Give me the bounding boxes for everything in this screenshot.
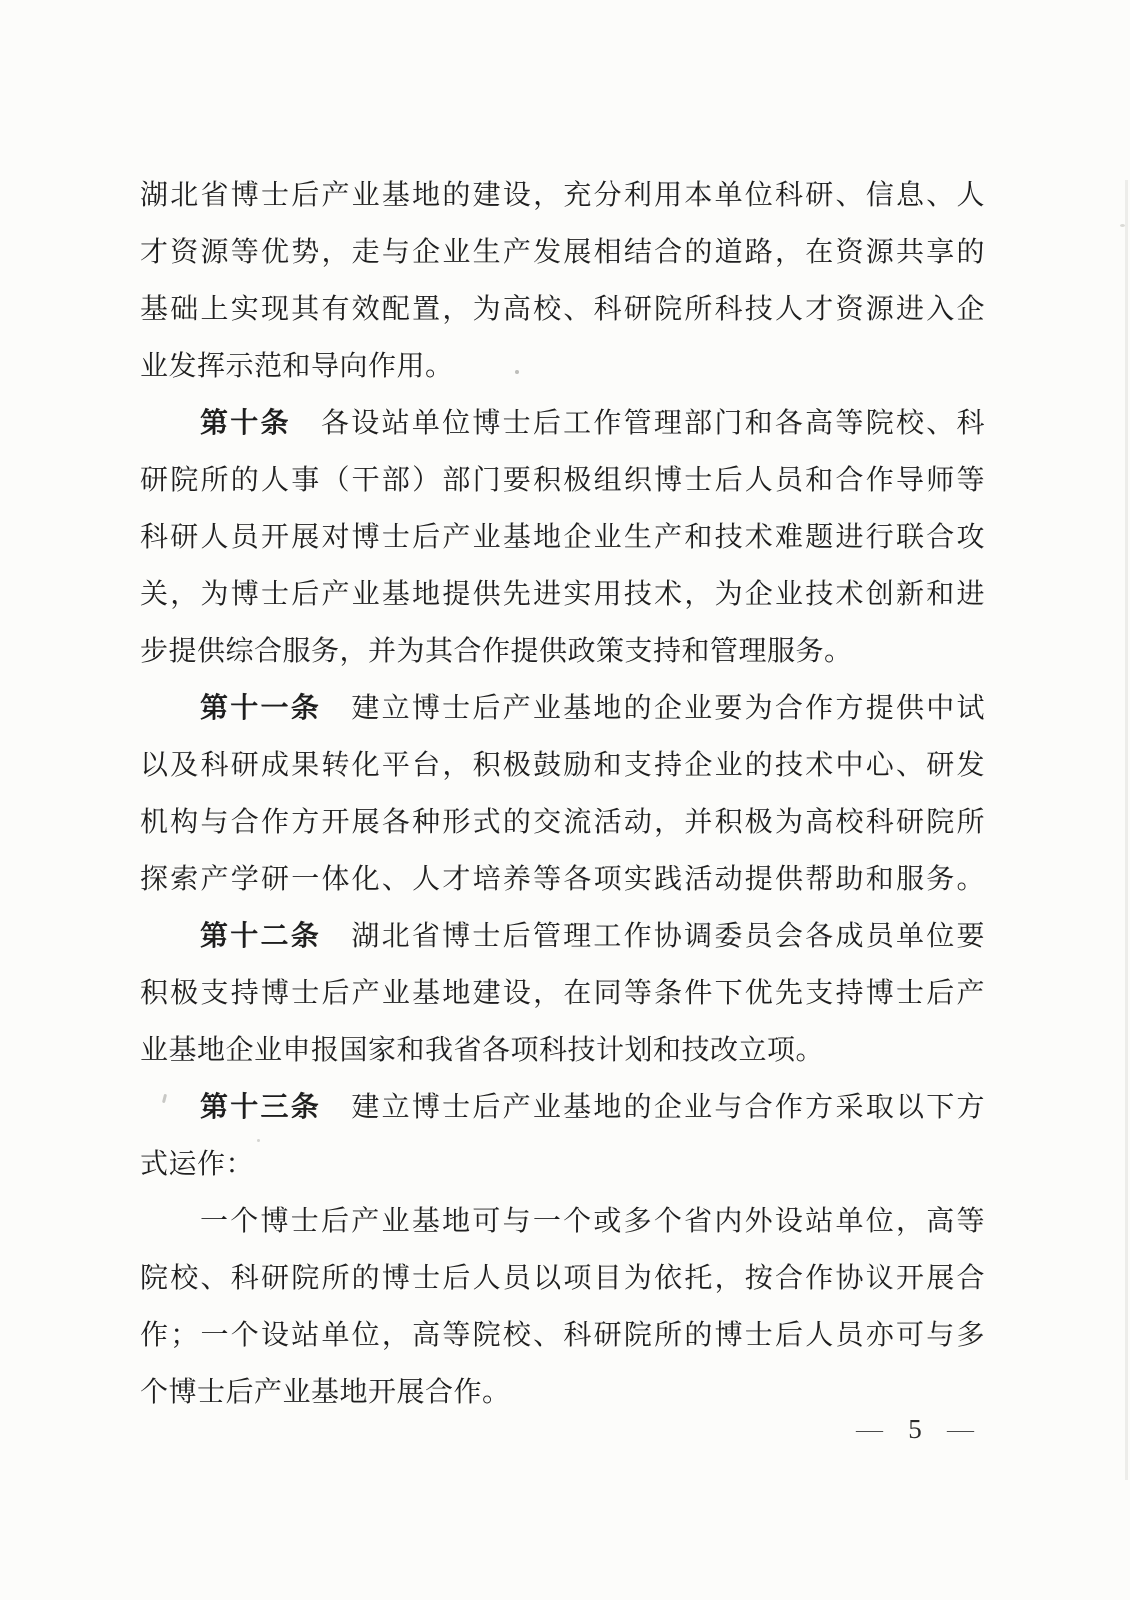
text-line: 科研人员开展对博士后产业基地企业生产和技术难题进行联合攻 — [140, 509, 985, 566]
document-page: 湖北省博士后产业基地的建设，充分利用本单位科研、信息、人才资源等优势，走与企业生… — [0, 0, 1130, 1600]
text-segment: 关，为博士后产业基地提供先进实用技术，为企业技术创新和进 — [140, 579, 985, 610]
text-segment: 探索产学研一体化、人才培养等各项实践活动提供帮助和服务。 — [140, 864, 985, 895]
text-line: 业基地企业申报国家和我省各项科技计划和技改立项。 — [140, 1022, 985, 1079]
text-line: 个博士后产业基地开展合作。 — [140, 1364, 985, 1421]
page-number-left-dash: — — [856, 1417, 883, 1442]
text-line: 湖北省博士后产业基地的建设，充分利用本单位科研、信息、人 — [140, 167, 985, 224]
text-segment: 业基地企业申报国家和我省各项科技计划和技改立项。 — [140, 1035, 824, 1066]
text-line: 研院所的人事（干部）部门要积极组织博士后人员和合作导师等 — [140, 452, 985, 509]
scan-speck — [515, 370, 519, 374]
text-line: 关，为博士后产业基地提供先进实用技术，为企业技术创新和进 — [140, 566, 985, 623]
text-segment: 科研人员开展对博士后产业基地企业生产和技术难题进行联合攻 — [140, 522, 985, 553]
text-segment — [291, 408, 321, 439]
text-segment: 建立博士后产业基地的企业与合作方采取以下方 — [351, 1092, 985, 1123]
article-number-label: 第十三条 — [200, 1092, 321, 1123]
text-line: 第十二条 湖北省博士后管理工作协调委员会各成员单位要 — [140, 908, 985, 965]
article-number-label: 第十条 — [200, 408, 291, 439]
text-line: 机构与合作方开展各种形式的交流活动，并积极为高校科研院所 — [140, 794, 985, 851]
text-segment: 一个博士后产业基地可与一个或多个省内外设站单位，高等 — [200, 1206, 985, 1237]
text-segment — [321, 693, 351, 724]
text-line: 基础上实现其有效配置，为高校、科研院所科技人才资源进入企 — [140, 281, 985, 338]
text-line: 一个博士后产业基地可与一个或多个省内外设站单位，高等 — [140, 1193, 985, 1250]
text-line: 作；一个设站单位，高等院校、科研院所的博士后人员亦可与多 — [140, 1307, 985, 1364]
text-segment: 各设站单位博士后工作管理部门和各高等院校、科 — [321, 408, 985, 439]
article-number-label: 第十一条 — [200, 693, 321, 724]
text-segment: 业发挥示范和导向作用。 — [140, 351, 454, 382]
text-line: 院校、科研院所的博士后人员以项目为依托，按合作协议开展合 — [140, 1250, 985, 1307]
text-segment: 基础上实现其有效配置，为高校、科研院所科技人才资源进入企 — [140, 294, 985, 325]
text-segment: 湖北省博士后管理工作协调委员会各成员单位要 — [351, 921, 985, 952]
text-line: 业发挥示范和导向作用。 — [140, 338, 985, 395]
text-line: 步提供综合服务，并为其合作提供政策支持和管理服务。 — [140, 623, 985, 680]
text-line: 探索产学研一体化、人才培养等各项实践活动提供帮助和服务。 — [140, 851, 985, 908]
text-segment — [321, 1092, 351, 1123]
text-segment: 建立博士后产业基地的企业要为合作方提供中试 — [351, 693, 985, 724]
text-line: 式运作： — [140, 1136, 985, 1193]
page-number: — 5 — — [856, 1414, 974, 1445]
text-segment — [321, 921, 351, 952]
text-segment: 以及科研成果转化平台，积极鼓励和支持企业的技术中心、研发 — [140, 750, 985, 781]
text-segment: 湖北省博士后产业基地的建设，充分利用本单位科研、信息、人 — [140, 180, 985, 211]
text-segment: 研院所的人事（干部）部门要积极组织博士后人员和合作导师等 — [140, 465, 985, 496]
text-line: 第十三条 建立博士后产业基地的企业与合作方采取以下方 — [140, 1079, 985, 1136]
scan-speck — [257, 1139, 260, 1142]
page-number-right-dash: — — [947, 1417, 974, 1442]
text-line: 第十条 各设站单位博士后工作管理部门和各高等院校、科 — [140, 395, 985, 452]
text-segment: 才资源等优势，走与企业生产发展相结合的道路，在资源共享的 — [140, 237, 985, 268]
scan-edge-streak — [1125, 180, 1128, 1480]
text-line: 积极支持博士后产业基地建设，在同等条件下优先支持博士后产 — [140, 965, 985, 1022]
text-segment: 作；一个设站单位，高等院校、科研院所的博士后人员亦可与多 — [140, 1320, 985, 1351]
text-segment: 步提供综合服务，并为其合作提供政策支持和管理服务。 — [140, 636, 853, 667]
text-line: 以及科研成果转化平台，积极鼓励和支持企业的技术中心、研发 — [140, 737, 985, 794]
page-number-value: 5 — [908, 1414, 922, 1445]
text-segment: 院校、科研院所的博士后人员以项目为依托，按合作协议开展合 — [140, 1263, 985, 1294]
document-body: 湖北省博士后产业基地的建设，充分利用本单位科研、信息、人才资源等优势，走与企业生… — [140, 167, 985, 1421]
text-segment: 积极支持博士后产业基地建设，在同等条件下优先支持博士后产 — [140, 978, 985, 1009]
text-segment: 机构与合作方开展各种形式的交流活动，并积极为高校科研院所 — [140, 807, 985, 838]
text-segment: 式运作： — [140, 1149, 254, 1180]
text-line: 才资源等优势，走与企业生产发展相结合的道路，在资源共享的 — [140, 224, 985, 281]
article-number-label: 第十二条 — [200, 921, 321, 952]
text-segment: 个博士后产业基地开展合作。 — [140, 1377, 511, 1408]
text-line: 第十一条 建立博士后产业基地的企业要为合作方提供中试 — [140, 680, 985, 737]
